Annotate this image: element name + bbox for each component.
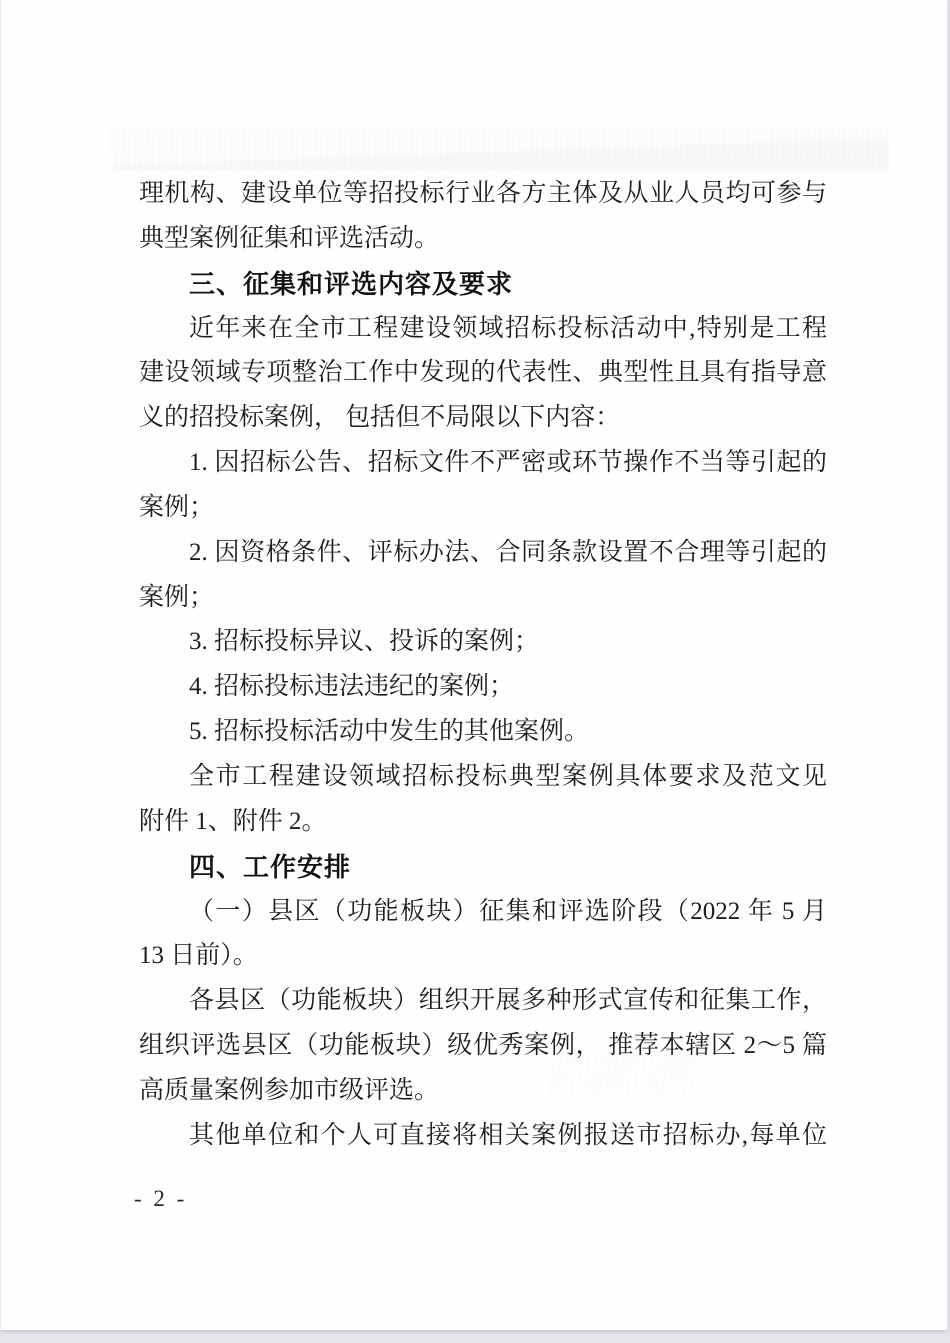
- page-number: - 2 -: [134, 1186, 187, 1212]
- document-body: 理机构、建设单位等招投标行业各方主体及从业人员均可参与 典型案例征集和评选活动。…: [139, 172, 827, 1159]
- text-line: 其他单位和个人可直接将相关案例报送市招标办,每单位: [139, 1114, 827, 1159]
- text-line: 各县区（功能板块）组织开展多种形式宣传和征集工作，: [139, 979, 827, 1024]
- text-line: 全市工程建设领域招标投标典型案例具体要求及范文见: [139, 755, 827, 800]
- scanned-document-page: { "document": { "page_number_label": "- …: [0, 0, 950, 1343]
- text-line: 13 日前）。: [139, 934, 827, 979]
- text-line: 典型案例征集和评选活动。: [139, 217, 827, 262]
- ink-bleedthrough-artifact: [111, 126, 889, 170]
- list-item-4: 4. 招标投标违法违纪的案例；: [139, 665, 827, 710]
- text-line: 建设领域专项整治工作中发现的代表性、典型性且具有指导意: [139, 351, 827, 396]
- text-line: （一）县区（功能板块）征集和评选阶段（2022 年 5 月: [139, 890, 827, 935]
- text-line: 近年来在全市工程建设领域招标投标活动中,特别是工程: [139, 307, 827, 352]
- text-line: 案例；: [139, 576, 827, 621]
- section-heading-4: 四、工作安排: [139, 845, 827, 890]
- text-line: 组织评选县区（功能板块）级优秀案例， 推荐本辖区 2～5 篇: [139, 1024, 827, 1069]
- section-heading-3: 三、征集和评选内容及要求: [139, 262, 827, 307]
- list-item-2: 2. 因资格条件、评标办法、合同条款设置不合理等引起的: [139, 531, 827, 576]
- list-item-3: 3. 招标投标异议、投诉的案例；: [139, 620, 827, 665]
- text-line: 附件 1、附件 2。: [139, 800, 827, 845]
- text-line: 理机构、建设单位等招投标行业各方主体及从业人员均可参与: [139, 172, 827, 217]
- list-item-1: 1. 因招标公告、招标文件不严密或环节操作不当等引起的: [139, 441, 827, 486]
- text-line: 高质量案例参加市级评选。: [139, 1069, 827, 1114]
- text-line: 义的招投标案例， 包括但不局限以下内容：: [139, 396, 827, 441]
- text-line: 案例；: [139, 486, 827, 531]
- list-item-5: 5. 招标投标活动中发生的其他案例。: [139, 710, 827, 755]
- document-page: 理机构、建设单位等招投标行业各方主体及从业人员均可参与 典型案例征集和评选活动。…: [0, 0, 948, 1330]
